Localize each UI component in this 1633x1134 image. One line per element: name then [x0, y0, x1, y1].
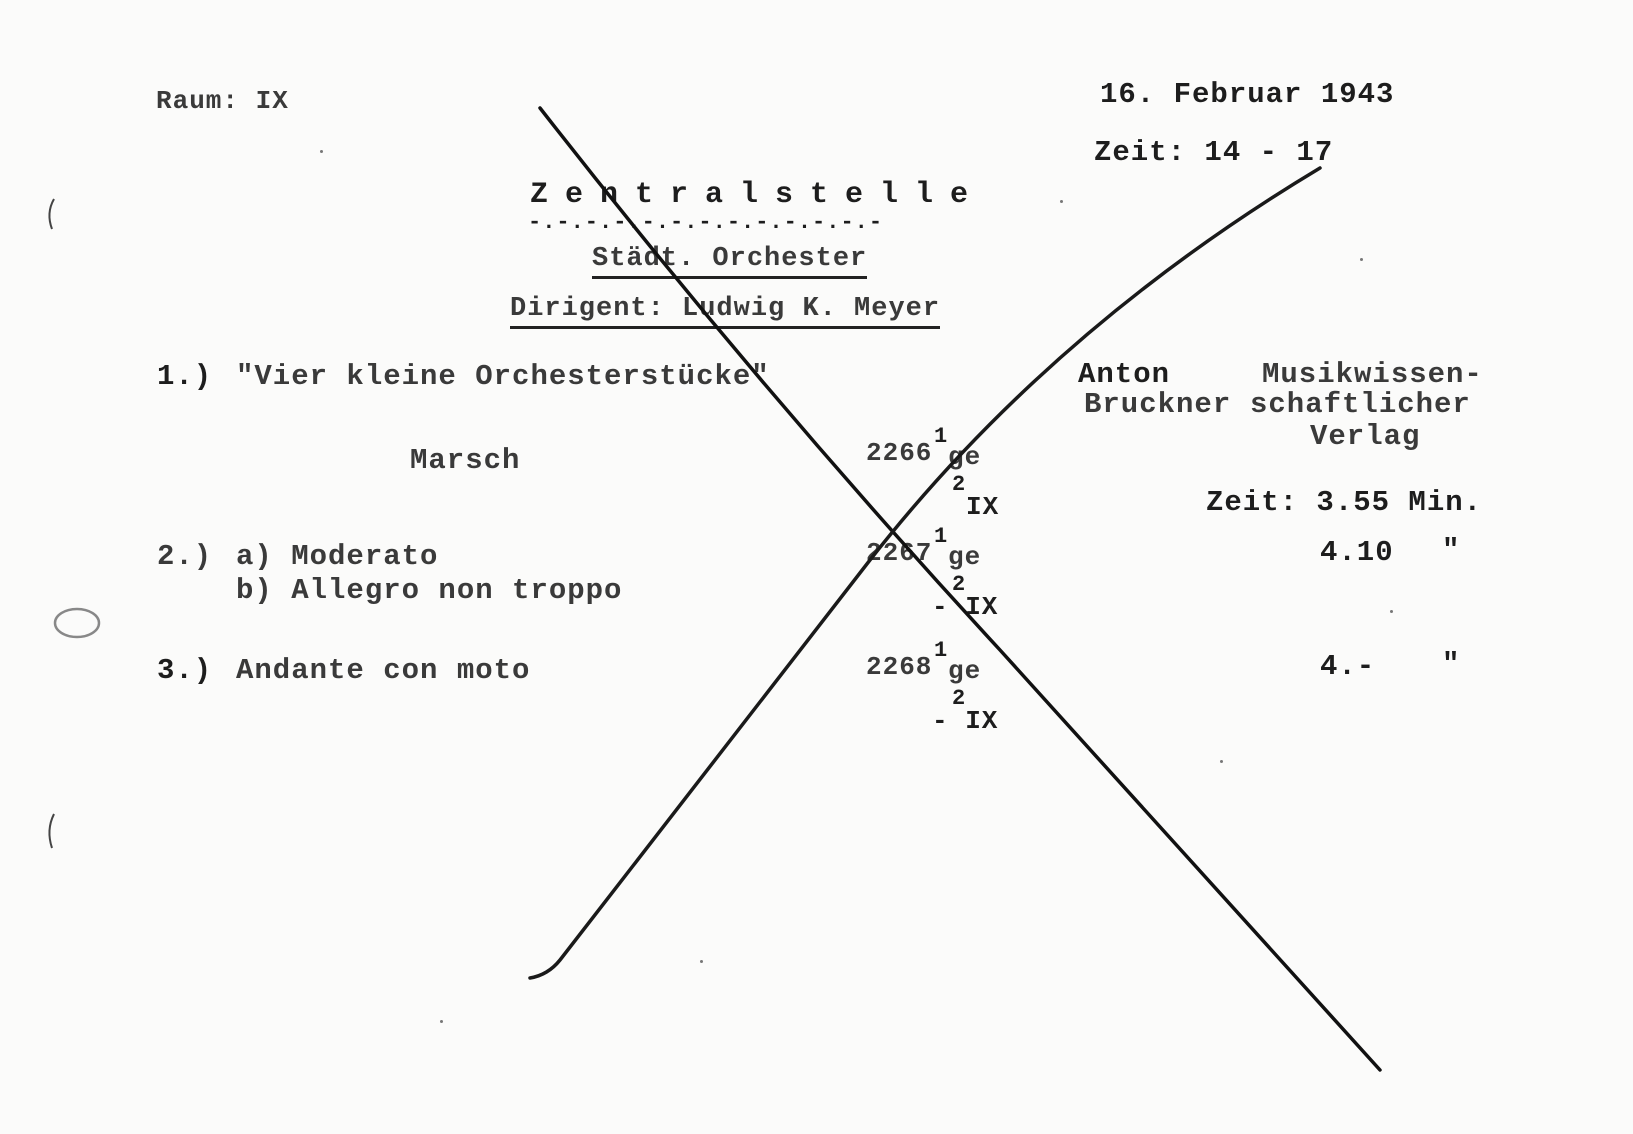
item-1-room: IX [966, 494, 999, 520]
publisher-line-1: Musikwissen- [1262, 360, 1483, 389]
punch-hole-icon [45, 600, 115, 646]
orchestra-name: Städt. Orchester [592, 244, 867, 279]
item-2-room: - IX [932, 594, 998, 620]
item-1-sub: 2 [952, 474, 965, 496]
item-3-room: - IX [932, 708, 998, 734]
composer-first-name: Anton [1078, 360, 1170, 389]
item-1-duration: Zeit: 3.55 Min. [1206, 488, 1482, 517]
document-date: 16. Februar 1943 [1100, 80, 1394, 109]
item-3-sup: 1 [934, 640, 947, 662]
publisher-line-2: schaftlicher [1250, 390, 1471, 419]
item-1-number: 1.) [157, 362, 212, 391]
item-2-duration: 4.10 [1320, 538, 1394, 567]
item-2-part-b: b) Allegro non troppo [236, 576, 622, 605]
item-2-part-a: a) Moderato [236, 542, 438, 571]
item-2-catalog: 2267 [866, 540, 932, 566]
item-2-sup: 1 [934, 526, 947, 548]
time-range: Zeit: 14 - 17 [1094, 138, 1333, 167]
item-3-suffix: ge [948, 658, 981, 684]
item-3-ditto: " [1442, 650, 1460, 679]
item-2-ditto: " [1442, 536, 1460, 565]
conductor-line: Dirigent: Ludwig K. Meyer [510, 294, 940, 329]
item-3-catalog: 2268 [866, 654, 932, 680]
item-3-duration: 4.- [1320, 652, 1375, 681]
item-3-title: Andante con moto [236, 656, 530, 685]
item-1-title: "Vier kleine Orchesterstücke" [236, 362, 770, 391]
document-title: Zentralstelle [530, 180, 985, 210]
item-1-catalog: 2266 [866, 440, 932, 466]
item-2-number: 2.) [157, 542, 212, 571]
binder-mark-bottom [40, 810, 60, 854]
title-divider: -.-.-.-.-.-.-.-.-.-.-.-.- [528, 210, 883, 235]
item-3-number: 3.) [157, 656, 212, 685]
item-1-suffix: ge [948, 444, 981, 470]
item-1-sup: 1 [934, 426, 947, 448]
publisher-line-3: Verlag [1310, 422, 1420, 451]
room-label: Raum: IX [156, 88, 289, 114]
item-2-suffix: ge [948, 544, 981, 570]
item-1-movement: Marsch [410, 446, 520, 475]
composer-last-name: Bruckner [1084, 390, 1231, 419]
binder-mark-top [40, 195, 60, 235]
